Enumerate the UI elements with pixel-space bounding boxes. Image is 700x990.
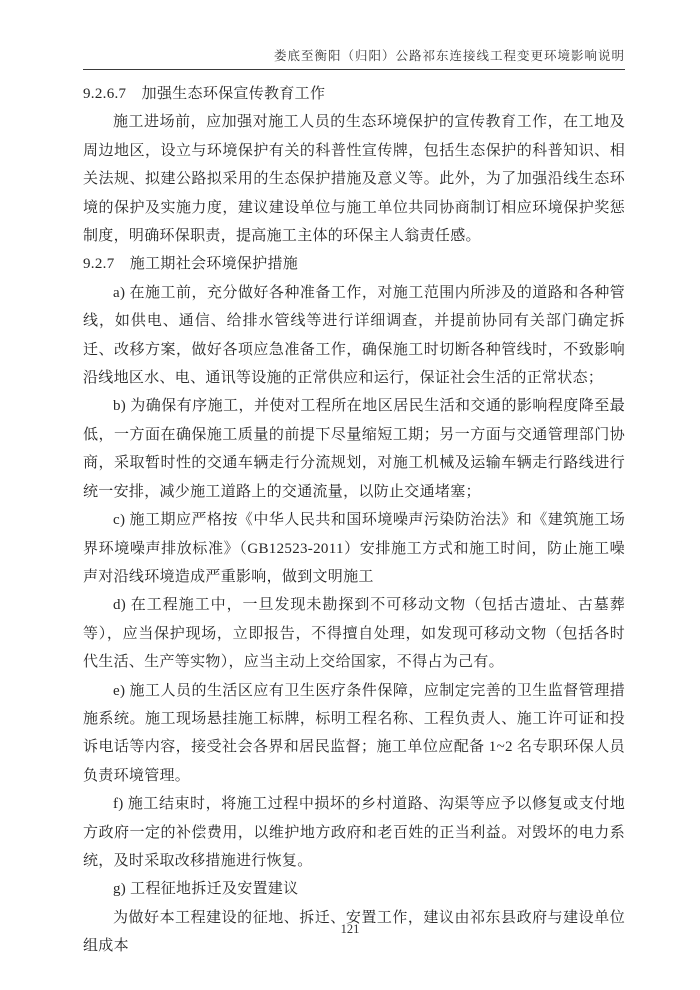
paragraph-item-f: f) 施工结束时，将施工过程中损坏的乡村道路、沟渠等应予以修复或支付地方政府一定… (83, 790, 625, 875)
paragraph-item-a: a) 在施工前，充分做好各种准备工作，对施工范围内所涉及的道路和各种管线，如供电… (83, 279, 625, 393)
paragraph-item-e: e) 施工人员的生活区应有卫生医疗条件保障，应制定完善的卫生监督管理措施系统。施… (83, 677, 625, 791)
page-footer: 121 (0, 922, 700, 937)
section-heading-9-2-6-7: 9.2.6.7 加强生态环保宣传教育工作 (83, 80, 625, 108)
running-header-title: 娄底至衡阳（归阳）公路祁东连接线工程变更环境影响说明 (274, 49, 625, 63)
paragraph-eco-education: 施工进场前，应加强对施工人员的生态环境保护的宣传教育工作，在工地及周边地区，设立… (83, 108, 625, 250)
document-page: 娄底至衡阳（归阳）公路祁东连接线工程变更环境影响说明 9.2.6.7 加强生态环… (0, 0, 700, 990)
running-header: 娄底至衡阳（归阳）公路祁东连接线工程变更环境影响说明 (83, 46, 625, 70)
section-heading-9-2-7: 9.2.7 施工期社会环境保护措施 (83, 250, 625, 278)
document-body: 9.2.6.7 加强生态环保宣传教育工作 施工进场前，应加强对施工人员的生态环境… (83, 80, 625, 961)
page-number: 121 (341, 922, 360, 936)
paragraph-item-g: g) 工程征地拆迁及安置建议 (83, 875, 625, 903)
paragraph-item-b: b) 为确保有序施工，并使对工程所在地区居民生活和交通的影响程度降至最低，一方面… (83, 392, 625, 506)
paragraph-item-c: c) 施工期应严格按《中华人民共和国环境噪声污染防治法》和《建筑施工场界环境噪声… (83, 506, 625, 591)
paragraph-item-d: d) 在工程施工中，一旦发现未勘探到不可移动文物（包括古遗址、古墓葬等），应当保… (83, 591, 625, 676)
